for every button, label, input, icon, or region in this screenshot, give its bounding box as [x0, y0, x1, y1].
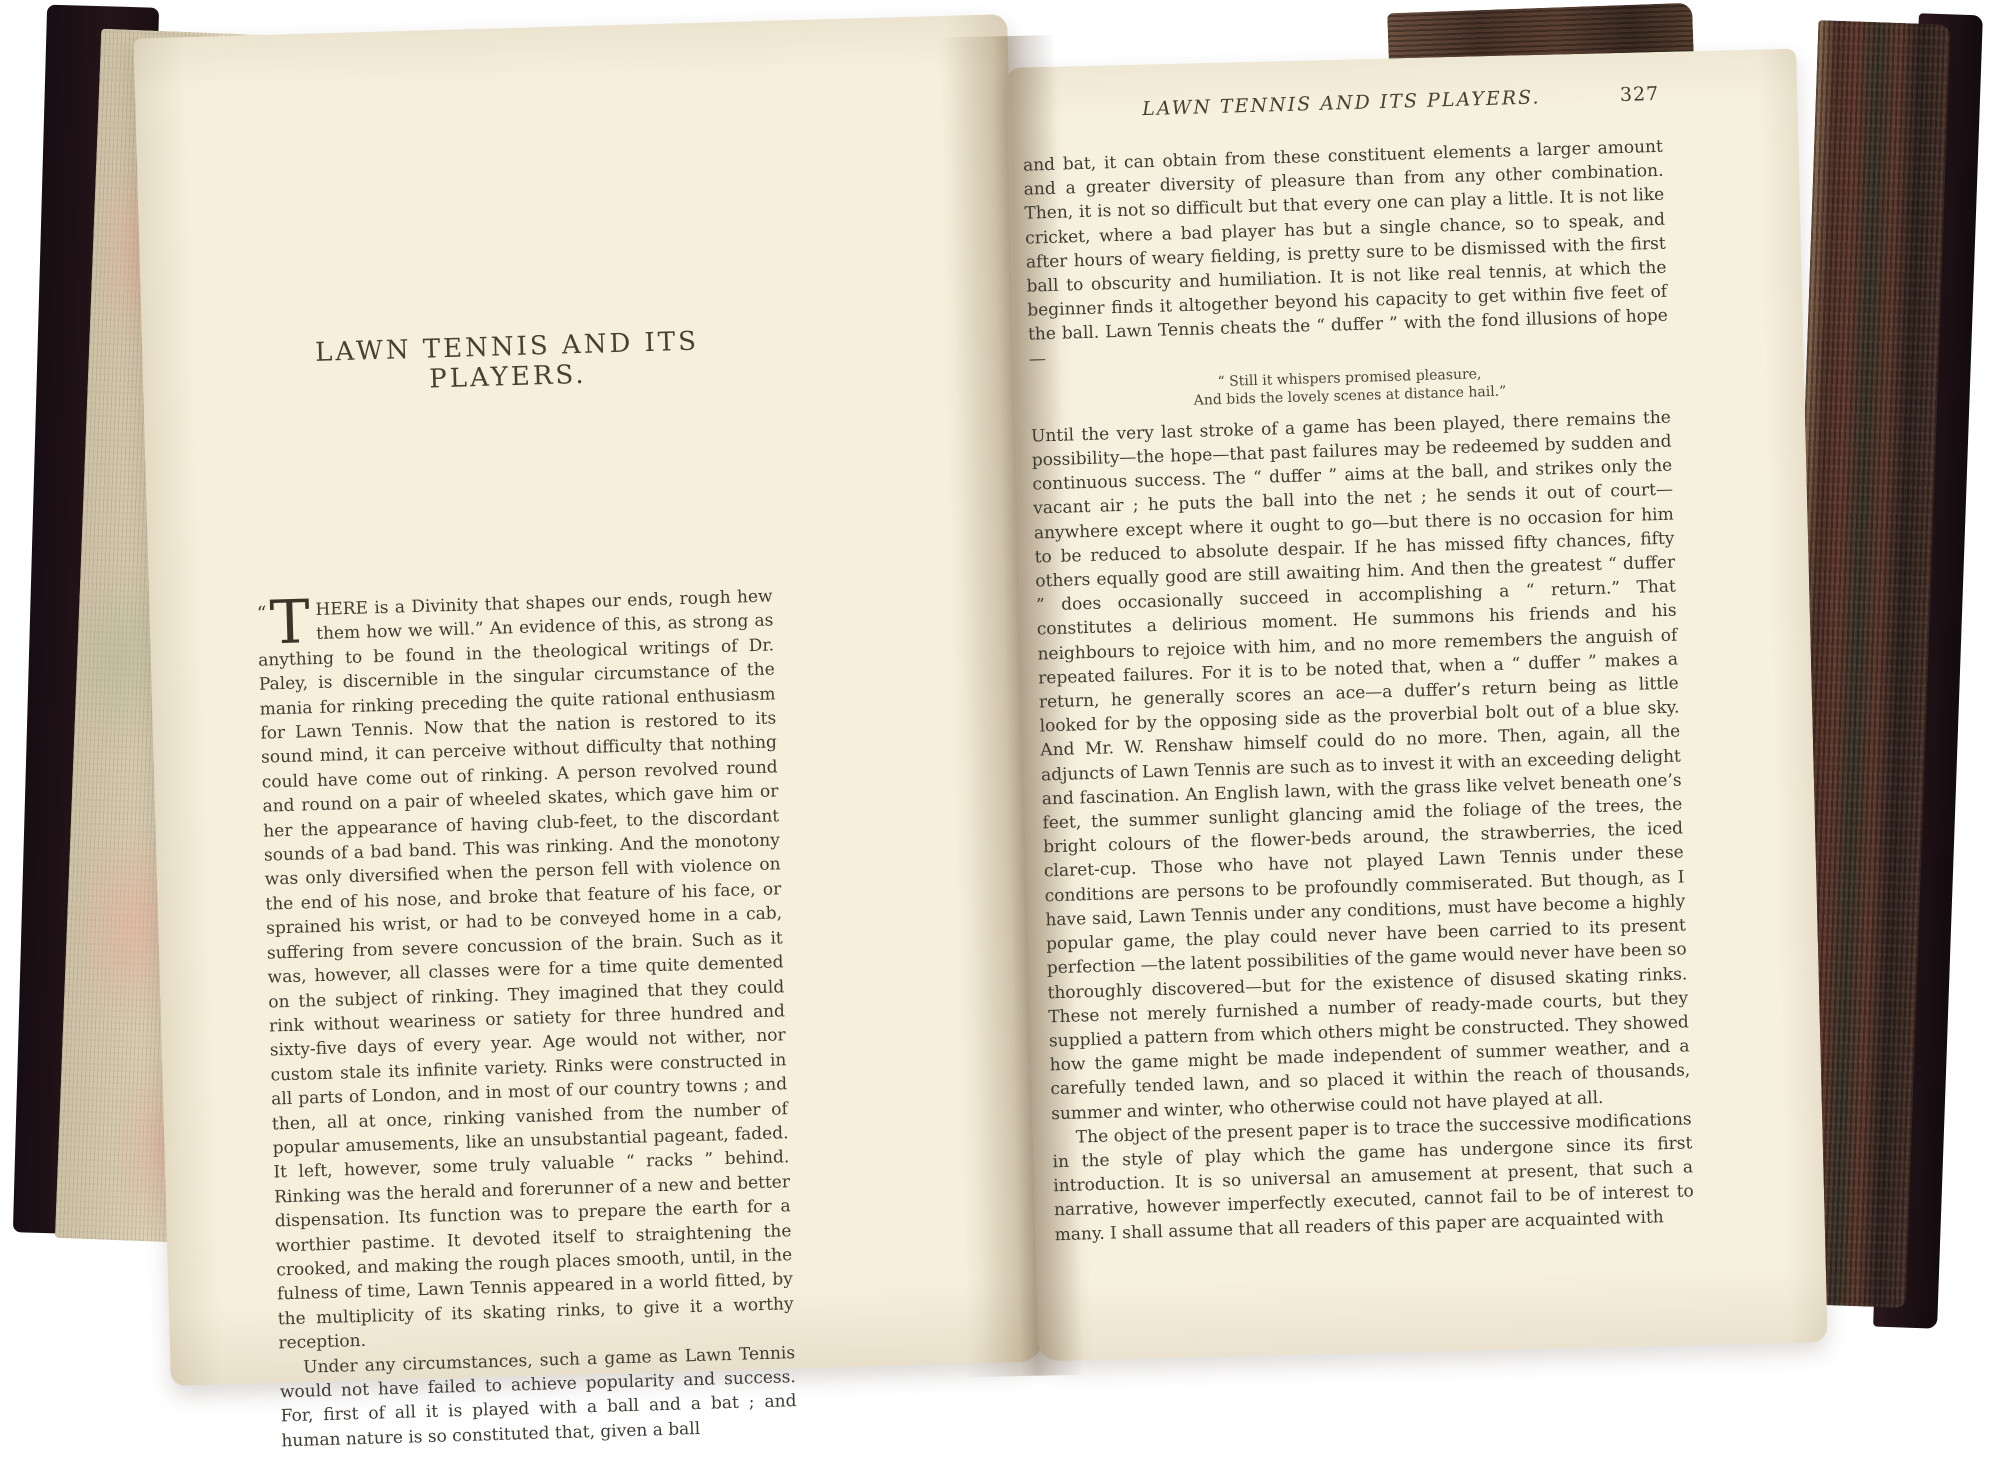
left-paragraph-2: Under any circumstances, such a game as …	[279, 1341, 798, 1454]
right-paragraph-top: and bat, it can obtain from these consti…	[1023, 135, 1669, 372]
book-photo: LAWN TENNIS AND ITS PLAYERS. “THERE is a…	[0, 0, 2000, 1467]
left-paragraph-1-text: HERE is a Divinity that shapes our ends,…	[258, 586, 794, 1353]
opening-quote-mark: “	[257, 603, 267, 623]
left-page-text: LAWN TENNIS AND ITS PLAYERS. “THERE is a…	[242, 113, 797, 1454]
right-page-text: LAWN TENNIS AND ITS PLAYERS. 327 and bat…	[1021, 83, 1695, 1247]
left-paragraph-1: “THERE is a Divinity that shapes our end…	[256, 584, 794, 1356]
right-page-body: and bat, it can obtain from these consti…	[1023, 135, 1695, 1247]
right-paragraph-2: Until the very last stroke of a game has…	[1031, 405, 1692, 1126]
chapter-title: LAWN TENNIS AND ITS PLAYERS.	[249, 325, 767, 400]
page-number: 327	[1620, 83, 1660, 106]
dropcap-letter: T	[269, 598, 316, 645]
right-paragraph-3: The object of the present paper is to tr…	[1052, 1107, 1695, 1247]
left-page-body: “THERE is a Divinity that shapes our end…	[256, 584, 797, 1453]
